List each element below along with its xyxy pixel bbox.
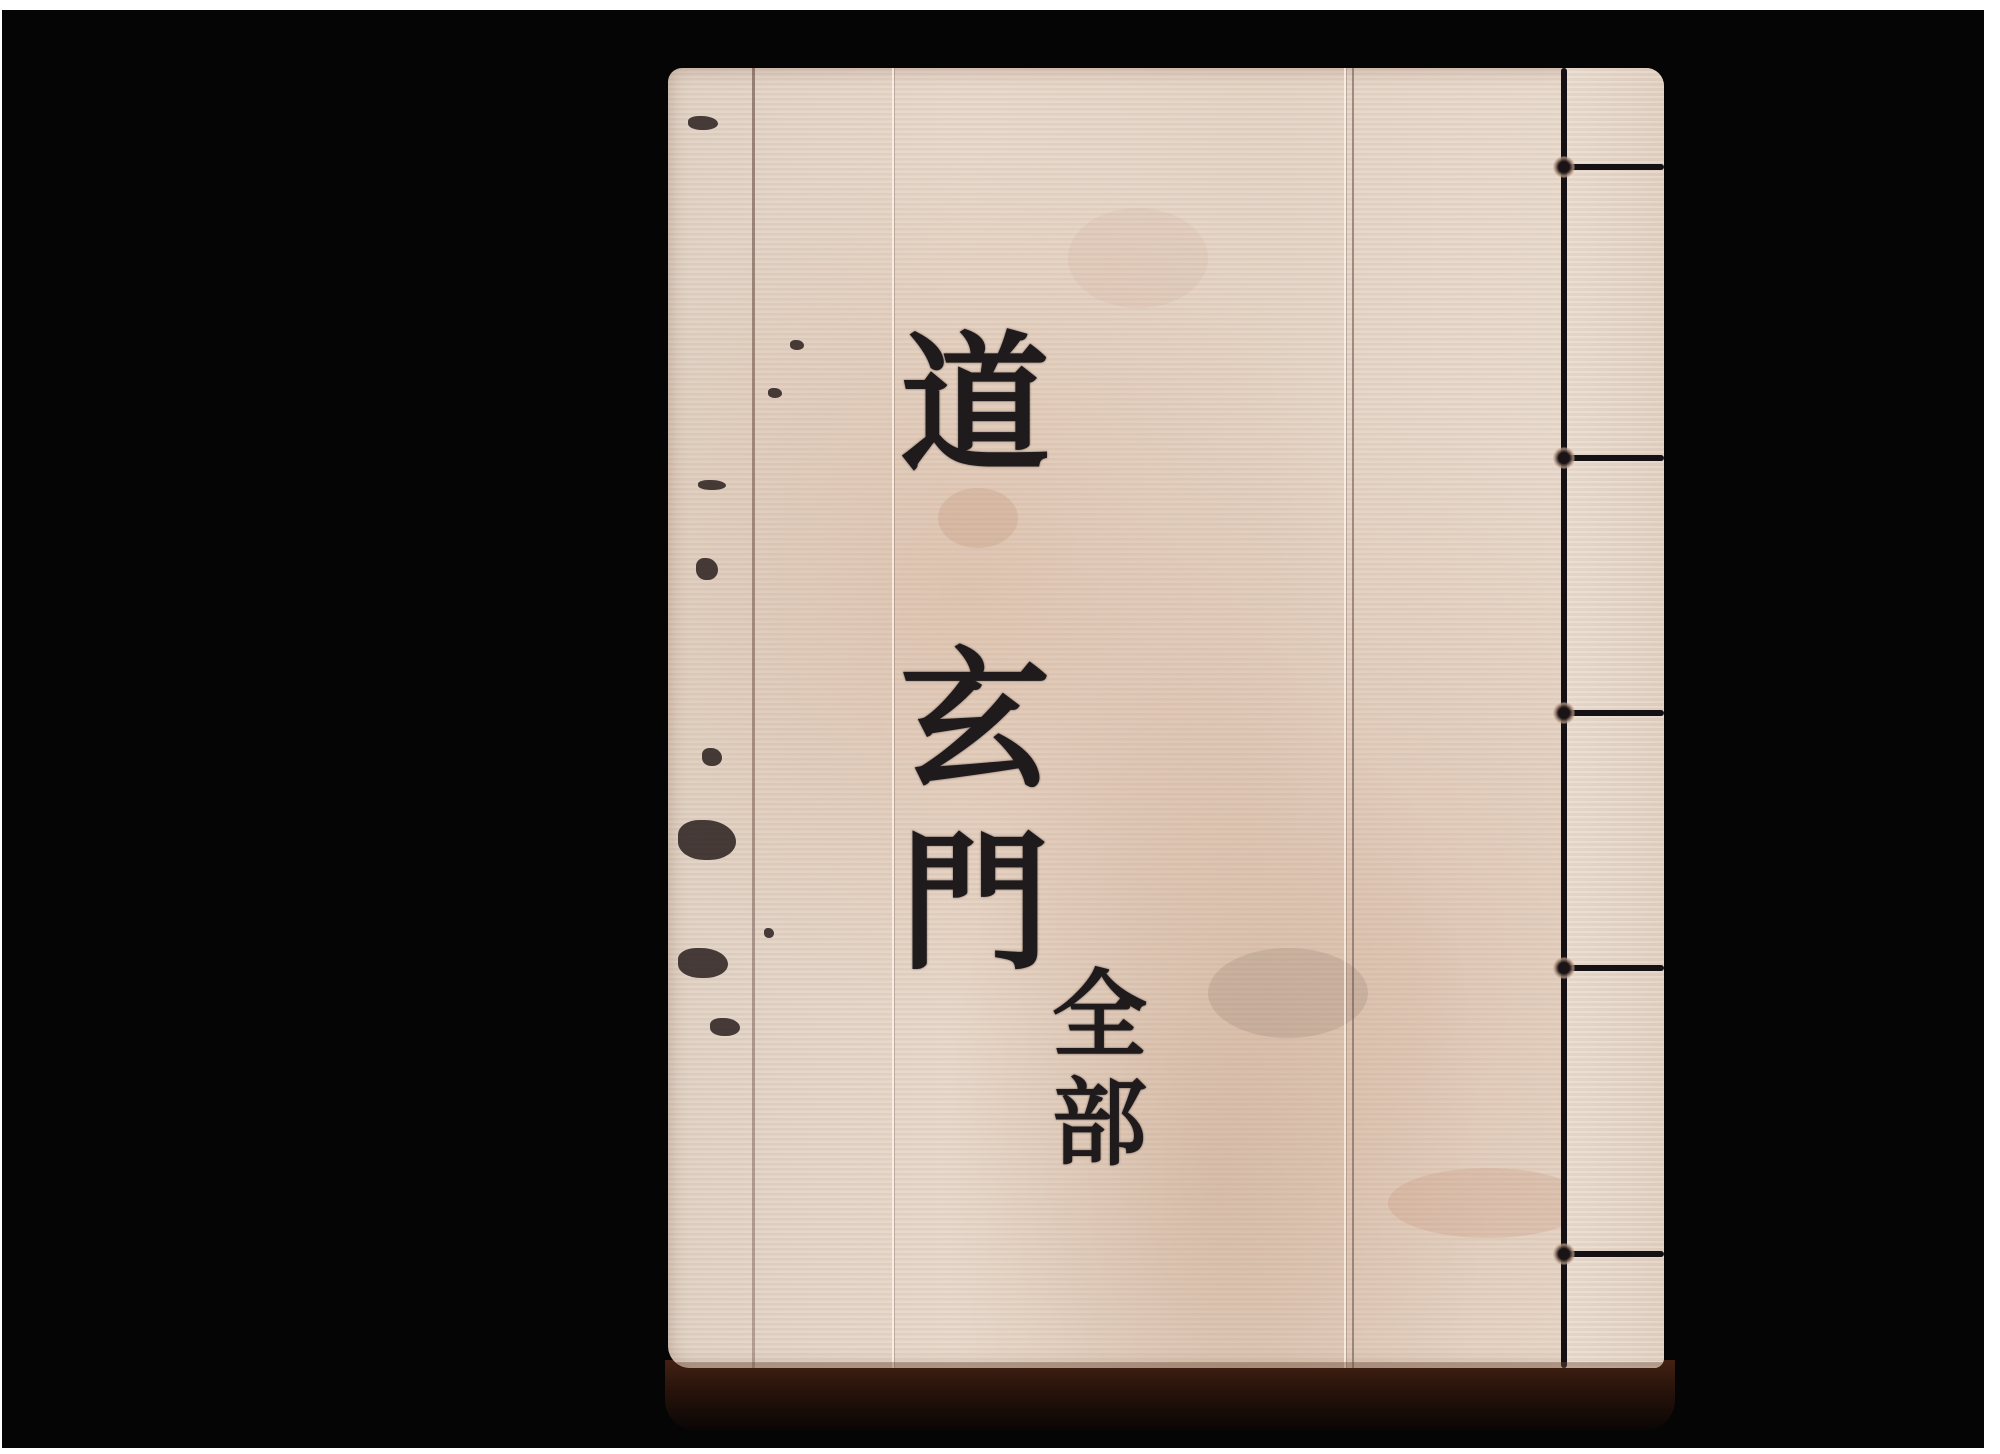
fold-line-light bbox=[1344, 68, 1346, 1368]
title-char-xuan: 玄 bbox=[900, 646, 1050, 796]
binding-stitch-3 bbox=[1561, 710, 1664, 716]
book-cover: 道 玄 門 全 部 bbox=[668, 68, 1664, 1368]
fold-line-right bbox=[1352, 68, 1354, 1368]
ink-mark bbox=[678, 820, 736, 860]
ink-mark bbox=[696, 558, 718, 580]
stitch-knot bbox=[1553, 156, 1575, 178]
fold-line-light bbox=[892, 68, 894, 1368]
stitch-knot bbox=[1553, 1243, 1575, 1265]
stitch-knot bbox=[1553, 702, 1575, 724]
title-char-dao: 道 bbox=[900, 330, 1050, 480]
title-char-men: 門 bbox=[900, 828, 1050, 978]
fold-line-left bbox=[752, 68, 755, 1368]
ink-mark bbox=[768, 388, 782, 398]
image-frame: 道 玄 門 全 部 bbox=[0, 0, 2000, 1454]
binding-strip bbox=[1566, 68, 1664, 1368]
subtitle-char-bu: 部 bbox=[1052, 1076, 1147, 1171]
stitch-knot bbox=[1553, 957, 1575, 979]
paper-stain bbox=[1068, 208, 1208, 308]
page-edge bbox=[668, 1362, 1664, 1368]
book-shadow bbox=[665, 1360, 1675, 1430]
paper-stain bbox=[938, 488, 1018, 548]
ink-mark bbox=[698, 480, 726, 490]
binding-stitch-4 bbox=[1561, 965, 1664, 971]
ink-mark bbox=[710, 1018, 740, 1036]
binding-stitch-2 bbox=[1561, 455, 1664, 461]
binding-stitch-5 bbox=[1561, 1251, 1664, 1257]
ink-mark bbox=[702, 748, 722, 766]
stitch-knot bbox=[1553, 447, 1575, 469]
paper-stain bbox=[1388, 1168, 1588, 1238]
subtitle-char-quan: 全 bbox=[1052, 968, 1147, 1063]
ink-mark bbox=[688, 116, 718, 130]
binding-stitch-1 bbox=[1561, 164, 1664, 170]
ink-mark bbox=[678, 948, 728, 978]
ink-mark bbox=[764, 928, 774, 938]
ink-mark bbox=[790, 340, 804, 350]
